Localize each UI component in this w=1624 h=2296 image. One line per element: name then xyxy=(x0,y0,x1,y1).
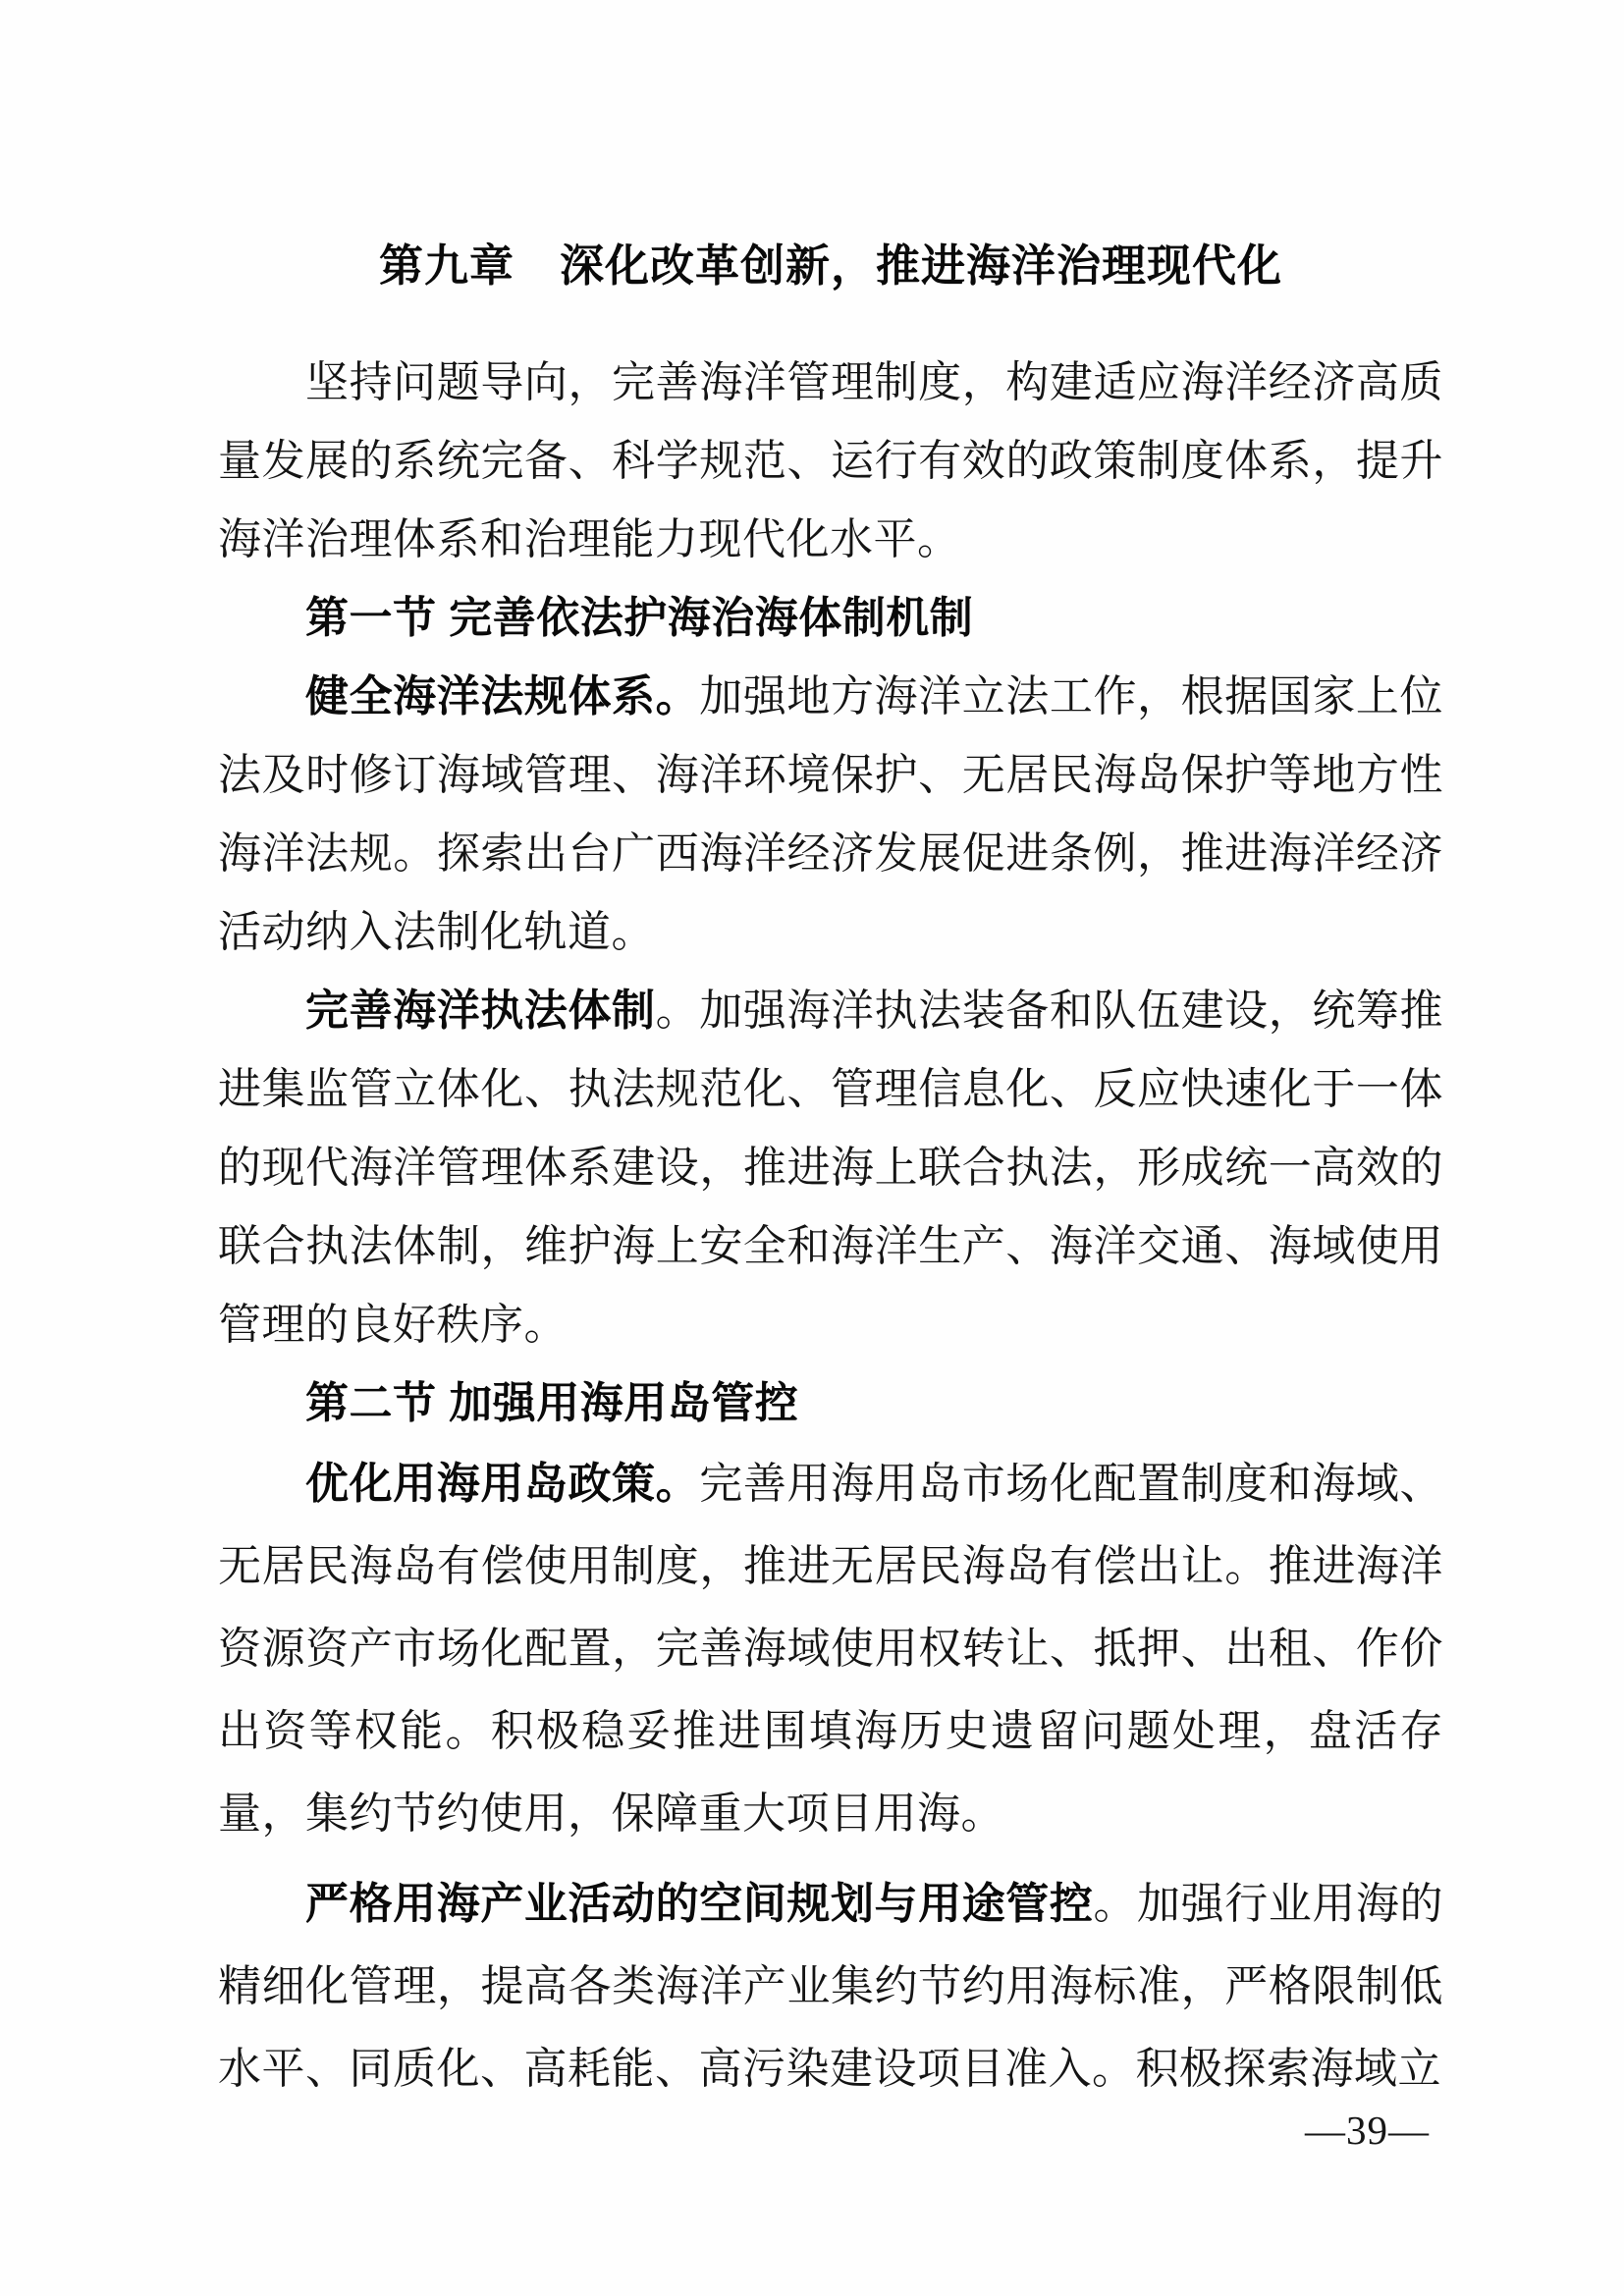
paragraph-body: 。加强海洋执法装备和队伍建设，统筹推进集监管立体化、执法规范化、管理信息化、反应… xyxy=(218,987,1443,1349)
paragraph: 优化用海用岛政策。完善用海用岛市场化配置制度和海域、无居民海岛有偿使用制度，推进… xyxy=(218,1443,1443,1855)
paragraph-lead: 完善海洋执法体制 xyxy=(305,987,656,1035)
section-1-heading: 第一节 完善依法护海治海体制机制 xyxy=(218,579,1443,658)
chapter-title: 第九章 深化改革创新，推进海洋治理现代化 xyxy=(218,239,1443,294)
section-2-heading: 第二节 加强用海用岛管控 xyxy=(218,1364,1443,1443)
paragraph-lead: 健全海洋法规体系。 xyxy=(305,672,699,721)
paragraph: 健全海洋法规体系。加强地方海洋立法工作，根据国家上位法及时修订海域管理、海洋环境… xyxy=(218,658,1443,972)
paragraph: 严格用海产业活动的空间规划与用途管控。加强行业用海的精细化管理，提高各类海洋产业… xyxy=(218,1863,1443,2110)
page-number: —39— xyxy=(1305,2109,1430,2152)
document-page: 第九章 深化改革创新，推进海洋治理现代化 坚持问题导向，完善海洋管理制度，构建适… xyxy=(0,0,1624,2296)
paragraph-lead: 优化用海用岛政策。 xyxy=(305,1460,699,1508)
document-content: 第九章 深化改革创新，推进海洋治理现代化 坚持问题导向，完善海洋管理制度，构建适… xyxy=(0,239,1624,2110)
paragraph: 完善海洋执法体制。加强海洋执法装备和队伍建设，统筹推进集监管立体化、执法规范化、… xyxy=(218,972,1443,1364)
paragraph-body: 完善用海用岛市场化配置制度和海域、无居民海岛有偿使用制度，推进无居民海岛有偿出让… xyxy=(218,1460,1443,1838)
paragraph-lead: 严格用海产业活动的空间规划与用途管控 xyxy=(305,1880,1093,1928)
intro-paragraph: 坚持问题导向，完善海洋管理制度，构建适应海洋经济高质量发展的系统完备、科学规范、… xyxy=(218,344,1443,579)
